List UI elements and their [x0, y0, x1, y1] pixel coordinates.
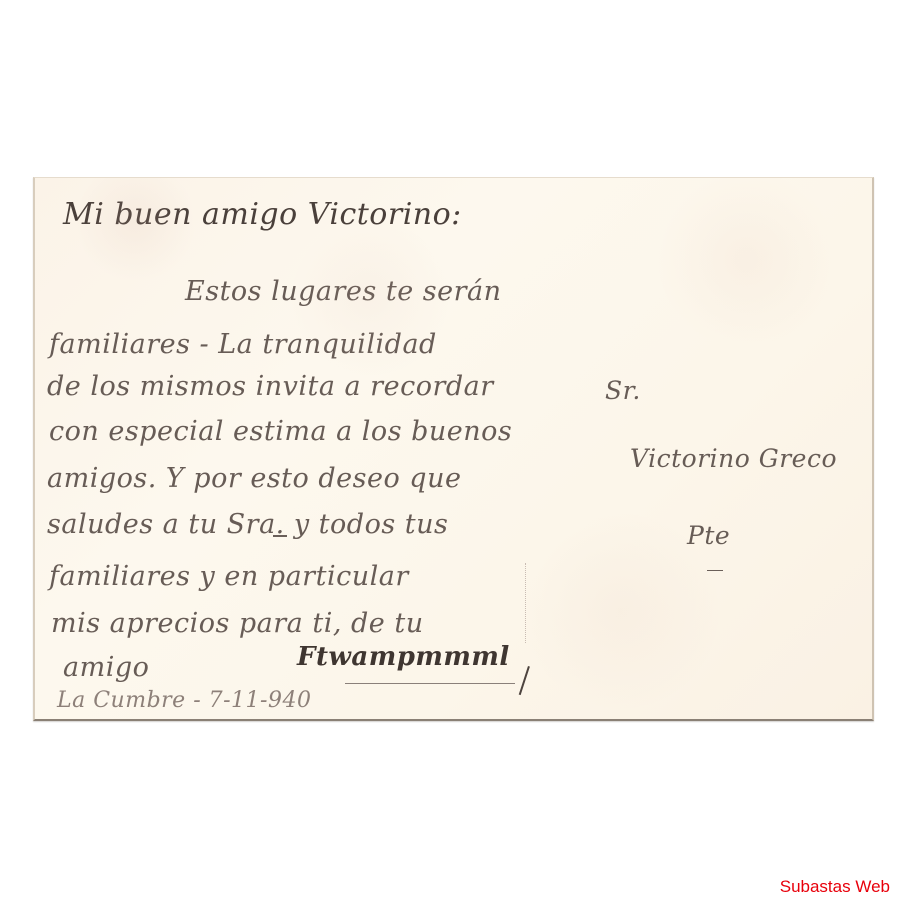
letter-line-6: saludes a tu Sra. y todos tus [47, 511, 448, 538]
address-recipient: Victorino Greco [630, 446, 837, 471]
letter-line-9: amigo [63, 654, 149, 681]
letter-line-5: amigos. Y por esto deseo que [47, 465, 461, 492]
letter-line-2: familiares - La tranquilidad [49, 331, 437, 358]
letter-line-1: Estos lugares te serán [185, 278, 501, 305]
locality-underline [707, 570, 723, 571]
letter-line-3: de los mismos invita a recordar [47, 373, 494, 400]
place-date: La Cumbre - 7-11-940 [57, 690, 311, 712]
address-locality: Pte [687, 523, 730, 548]
signature: Ftwampmmml [297, 644, 510, 670]
letter-line-4: con especial estima a los buenos [49, 418, 512, 445]
abbreviation-underline [273, 535, 287, 537]
listing-image: Mi buen amigo Victorino: Estos lugares t… [0, 0, 900, 900]
postcard-back: Mi buen amigo Victorino: Estos lugares t… [33, 177, 874, 721]
signature-underline [345, 683, 515, 684]
letter-line-8: mis aprecios para ti, de tu [51, 610, 424, 637]
address-salutation: Sr. [605, 378, 641, 403]
pencil-mark [525, 563, 527, 643]
letter-greeting: Mi buen amigo Victorino: [63, 200, 462, 230]
letter-line-7: familiares y en particular [49, 563, 409, 590]
watermark-subastas-web: Subastas Web [780, 877, 890, 897]
signature-flourish [519, 666, 530, 695]
